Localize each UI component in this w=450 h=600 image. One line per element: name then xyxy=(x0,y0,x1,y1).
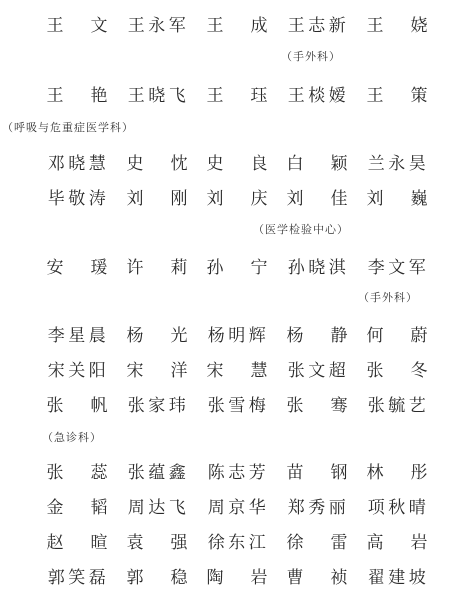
person-name: 兰永昊 xyxy=(366,152,428,176)
person-name: 徐雷 xyxy=(286,531,348,555)
department-label: （急诊科） xyxy=(42,431,102,445)
person-name: 王文 xyxy=(46,14,108,38)
person-name: 林彤 xyxy=(366,461,428,485)
department-label: （手外科） xyxy=(281,50,341,64)
person-name: 孙宁 xyxy=(206,256,268,280)
name-row: 金韬周达飞周京华郑秀丽项秋晴 xyxy=(0,496,450,520)
person-name: 安瑗 xyxy=(46,256,108,280)
person-name: 王策 xyxy=(366,84,428,108)
name-row: 李星晨杨光杨明辉杨静何蔚 xyxy=(0,324,450,348)
person-name: 刘刚 xyxy=(126,187,188,211)
department-label: （医学检验中心） xyxy=(253,223,349,237)
person-name: 苗钢 xyxy=(286,461,348,485)
person-name: 王晓飞 xyxy=(126,84,188,108)
name-row: 王艳王晓飞王珏王棪嫒王策 xyxy=(0,84,450,108)
person-name: 张蕊 xyxy=(46,461,108,485)
person-name: 李文军 xyxy=(366,256,428,280)
person-name: 王娆 xyxy=(366,14,428,38)
person-name: 陶岩 xyxy=(206,566,268,590)
name-row: 赵暄袁强徐东江徐雷高岩 xyxy=(0,531,450,555)
person-name: 赵暄 xyxy=(46,531,108,555)
name-row: 王文王永军王成王志新王娆 xyxy=(0,14,450,38)
person-name: 王成 xyxy=(206,14,268,38)
person-name: 张帆 xyxy=(46,394,108,418)
person-name: 王志新 xyxy=(286,14,348,38)
person-name: 张家玮 xyxy=(126,394,188,418)
person-name: 王棪嫒 xyxy=(286,84,348,108)
name-row: 张帆张家玮张雪梅张骞张毓艺 xyxy=(0,394,450,418)
person-name: 张文超 xyxy=(286,359,348,383)
person-name: 邓晓慧 xyxy=(46,152,108,176)
name-row: 郭笑磊郭稳陶岩曹祯翟建坡 xyxy=(0,566,450,590)
person-name: 徐东江 xyxy=(206,531,268,555)
person-name: 张蕴鑫 xyxy=(126,461,188,485)
person-name: 周达飞 xyxy=(126,496,188,520)
person-name: 史忱 xyxy=(126,152,188,176)
person-name: 毕敬涛 xyxy=(46,187,108,211)
person-name: 刘巍 xyxy=(366,187,428,211)
person-name: 何蔚 xyxy=(366,324,428,348)
name-row: 宋关阳宋洋宋慧张文超张冬 xyxy=(0,359,450,383)
person-name: 郭笑磊 xyxy=(46,566,108,590)
person-name: 项秋晴 xyxy=(366,496,428,520)
person-name: 高岩 xyxy=(366,531,428,555)
person-name: 曹祯 xyxy=(286,566,348,590)
person-name: 张雪梅 xyxy=(206,394,268,418)
person-name: 陈志芳 xyxy=(206,461,268,485)
person-name: 杨静 xyxy=(286,324,348,348)
person-name: 郑秀丽 xyxy=(286,496,348,520)
person-name: 刘庆 xyxy=(206,187,268,211)
department-label: （手外科） xyxy=(358,291,418,305)
person-name: 袁强 xyxy=(126,531,188,555)
person-name: 周京华 xyxy=(206,496,268,520)
name-row: 毕敬涛刘刚刘庆刘佳刘巍 xyxy=(0,187,450,211)
department-label: （呼吸与危重症医学科） xyxy=(2,121,134,135)
person-name: 杨明辉 xyxy=(206,324,268,348)
person-name: 金韬 xyxy=(46,496,108,520)
person-name: 郭稳 xyxy=(126,566,188,590)
person-name: 张冬 xyxy=(366,359,428,383)
person-name: 张毓艺 xyxy=(366,394,428,418)
name-row: 张蕊张蕴鑫陈志芳苗钢林彤 xyxy=(0,461,450,485)
person-name: 张骞 xyxy=(286,394,348,418)
person-name: 刘佳 xyxy=(286,187,348,211)
person-name: 王永军 xyxy=(126,14,188,38)
person-name: 许莉 xyxy=(126,256,188,280)
person-name: 宋洋 xyxy=(126,359,188,383)
person-name: 史良 xyxy=(206,152,268,176)
person-name: 翟建坡 xyxy=(366,566,428,590)
person-name: 王艳 xyxy=(46,84,108,108)
person-name: 李星晨 xyxy=(46,324,108,348)
person-name: 宋关阳 xyxy=(46,359,108,383)
person-name: 杨光 xyxy=(126,324,188,348)
person-name: 宋慧 xyxy=(206,359,268,383)
person-name: 王珏 xyxy=(206,84,268,108)
name-row: 安瑗许莉孙宁孙晓淇李文军 xyxy=(0,256,450,280)
person-name: 白颖 xyxy=(286,152,348,176)
name-row: 邓晓慧史忱史良白颖兰永昊 xyxy=(0,152,450,176)
person-name: 孙晓淇 xyxy=(286,256,348,280)
